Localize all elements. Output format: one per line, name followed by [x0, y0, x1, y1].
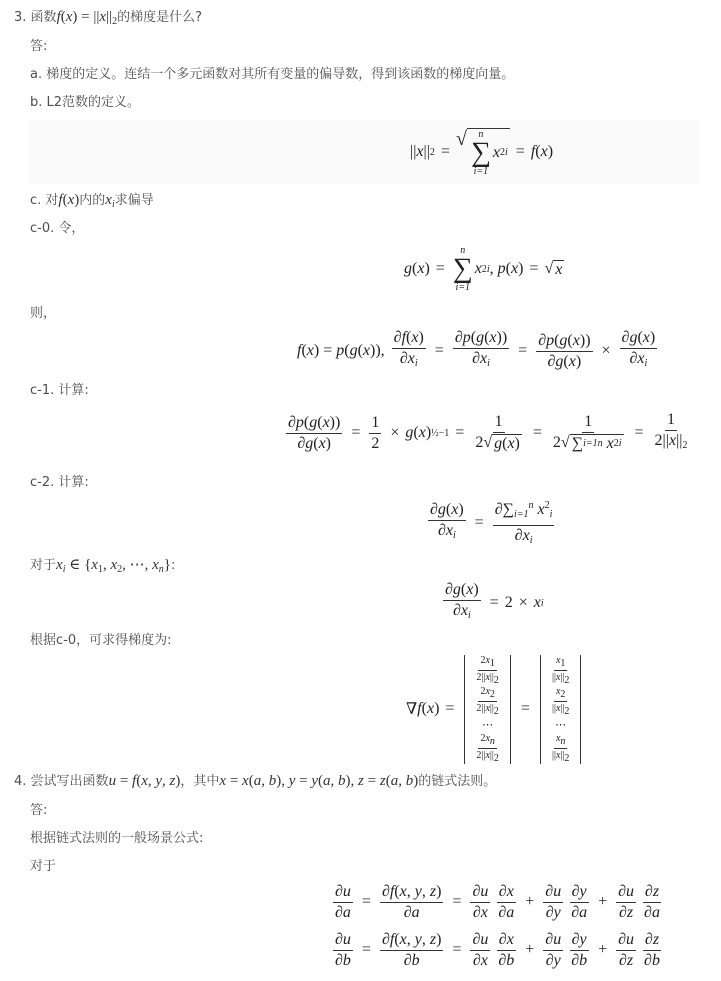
title-math: x = x(a, b), y = y(a, b), z = z(a, b)	[219, 773, 418, 789]
title-math: f(x) = ||x||2	[57, 9, 118, 25]
step-c: c. 对f(x)内的xi求偏导	[30, 191, 154, 214]
inline-math: xi ∈ {x1, x2, ⋯, xn}	[56, 557, 171, 573]
answer-label: 答:	[30, 802, 47, 820]
title-text: 函数	[31, 10, 57, 25]
title-text: ，其中	[180, 774, 219, 789]
g-p-definition-equation: g(x)= n∑i=1x2i, p(x)=√x	[404, 244, 564, 294]
step-text: 内的	[79, 193, 105, 208]
question-number: 3.	[14, 10, 26, 25]
inner-derivative-equation: ∂g(x)∂xi= ∂∑i=1n x2i∂xi	[425, 500, 557, 546]
then-label: 则，	[30, 305, 56, 323]
chain-rule-intro: 根据链式法则的一般场景公式:	[30, 830, 203, 848]
step-a: a. 梯度的定义。连结一个多元函数对其所有变量的偏导数，得到该函数的梯度向量。	[30, 66, 514, 84]
for-each-variable: 对于xi ∈ {x1, x2, ⋯, xn}:	[30, 556, 175, 579]
for-label: 对于	[30, 858, 56, 876]
equation-block-background	[28, 120, 700, 184]
title-text: 尝试写出函数	[31, 774, 109, 789]
title-math: u = f(x, y, z)	[109, 773, 181, 789]
gradient-vector-equation: ∇f(x)= 2x12||x||2 2x22||x||2 ⋯ 2xn2||x||…	[406, 658, 585, 760]
inline-math: xi	[105, 192, 114, 208]
question-4-title: 4. 尝试写出函数u = f(x, y, z)，其中x = x(a, b), y…	[14, 772, 496, 791]
step-text: c. 对	[30, 193, 58, 208]
partial-result-equation: ∂g(x)∂xi=2×xi	[440, 580, 544, 626]
title-text: 的梯度是什么?	[117, 10, 202, 25]
question-3-title: 3. 函数f(x) = ||x||2的梯度是什么?	[14, 8, 202, 31]
answer-label: 答:	[30, 38, 47, 56]
gradient-matrix-left: 2x12||x||2 2x22||x||2 ⋯ 2xn2||x||2	[464, 655, 510, 764]
step-text: 求偏导	[115, 193, 154, 208]
inline-math: f(x)	[58, 192, 79, 208]
composition-equation: f(x) = p(g(x)), ∂f(x)∂xi= ∂p(g(x))∂xi= ∂…	[297, 330, 660, 372]
step-c2: c-2. 计算:	[30, 474, 89, 492]
chain-rule-equation-b: ∂u∂b= ∂f(x, y, z)∂b= ∂u∂x∂x∂b+ ∂u∂y∂y∂b+…	[330, 928, 665, 972]
title-text: 的链式法则。	[418, 774, 496, 789]
outer-derivative-equation: ∂p(g(x))∂g(x)= 12×g(x)½−1= 12√g(x)= 12√∑…	[283, 408, 692, 458]
step-c1: c-1. 计算:	[30, 382, 89, 400]
question-number: 4.	[14, 774, 26, 789]
chain-rule-equation-a: ∂u∂a= ∂f(x, y, z)∂a= ∂u∂x∂x∂a+ ∂u∂y∂y∂a+…	[330, 880, 665, 924]
l2-norm-equation: ||x||2= √ n∑i=1x2i =f(x)	[410, 126, 553, 178]
step-c0: c-0. 令，	[30, 220, 84, 238]
gradient-matrix-right: x1||x||2 x2||x||2 ⋯ xn||x||2	[540, 655, 581, 764]
step-text: 对于	[30, 558, 56, 573]
step-b: b. L2范数的定义。	[30, 94, 140, 112]
conclusion-text: 根据c-0，可求得梯度为:	[30, 632, 172, 650]
step-text: :	[171, 558, 175, 573]
